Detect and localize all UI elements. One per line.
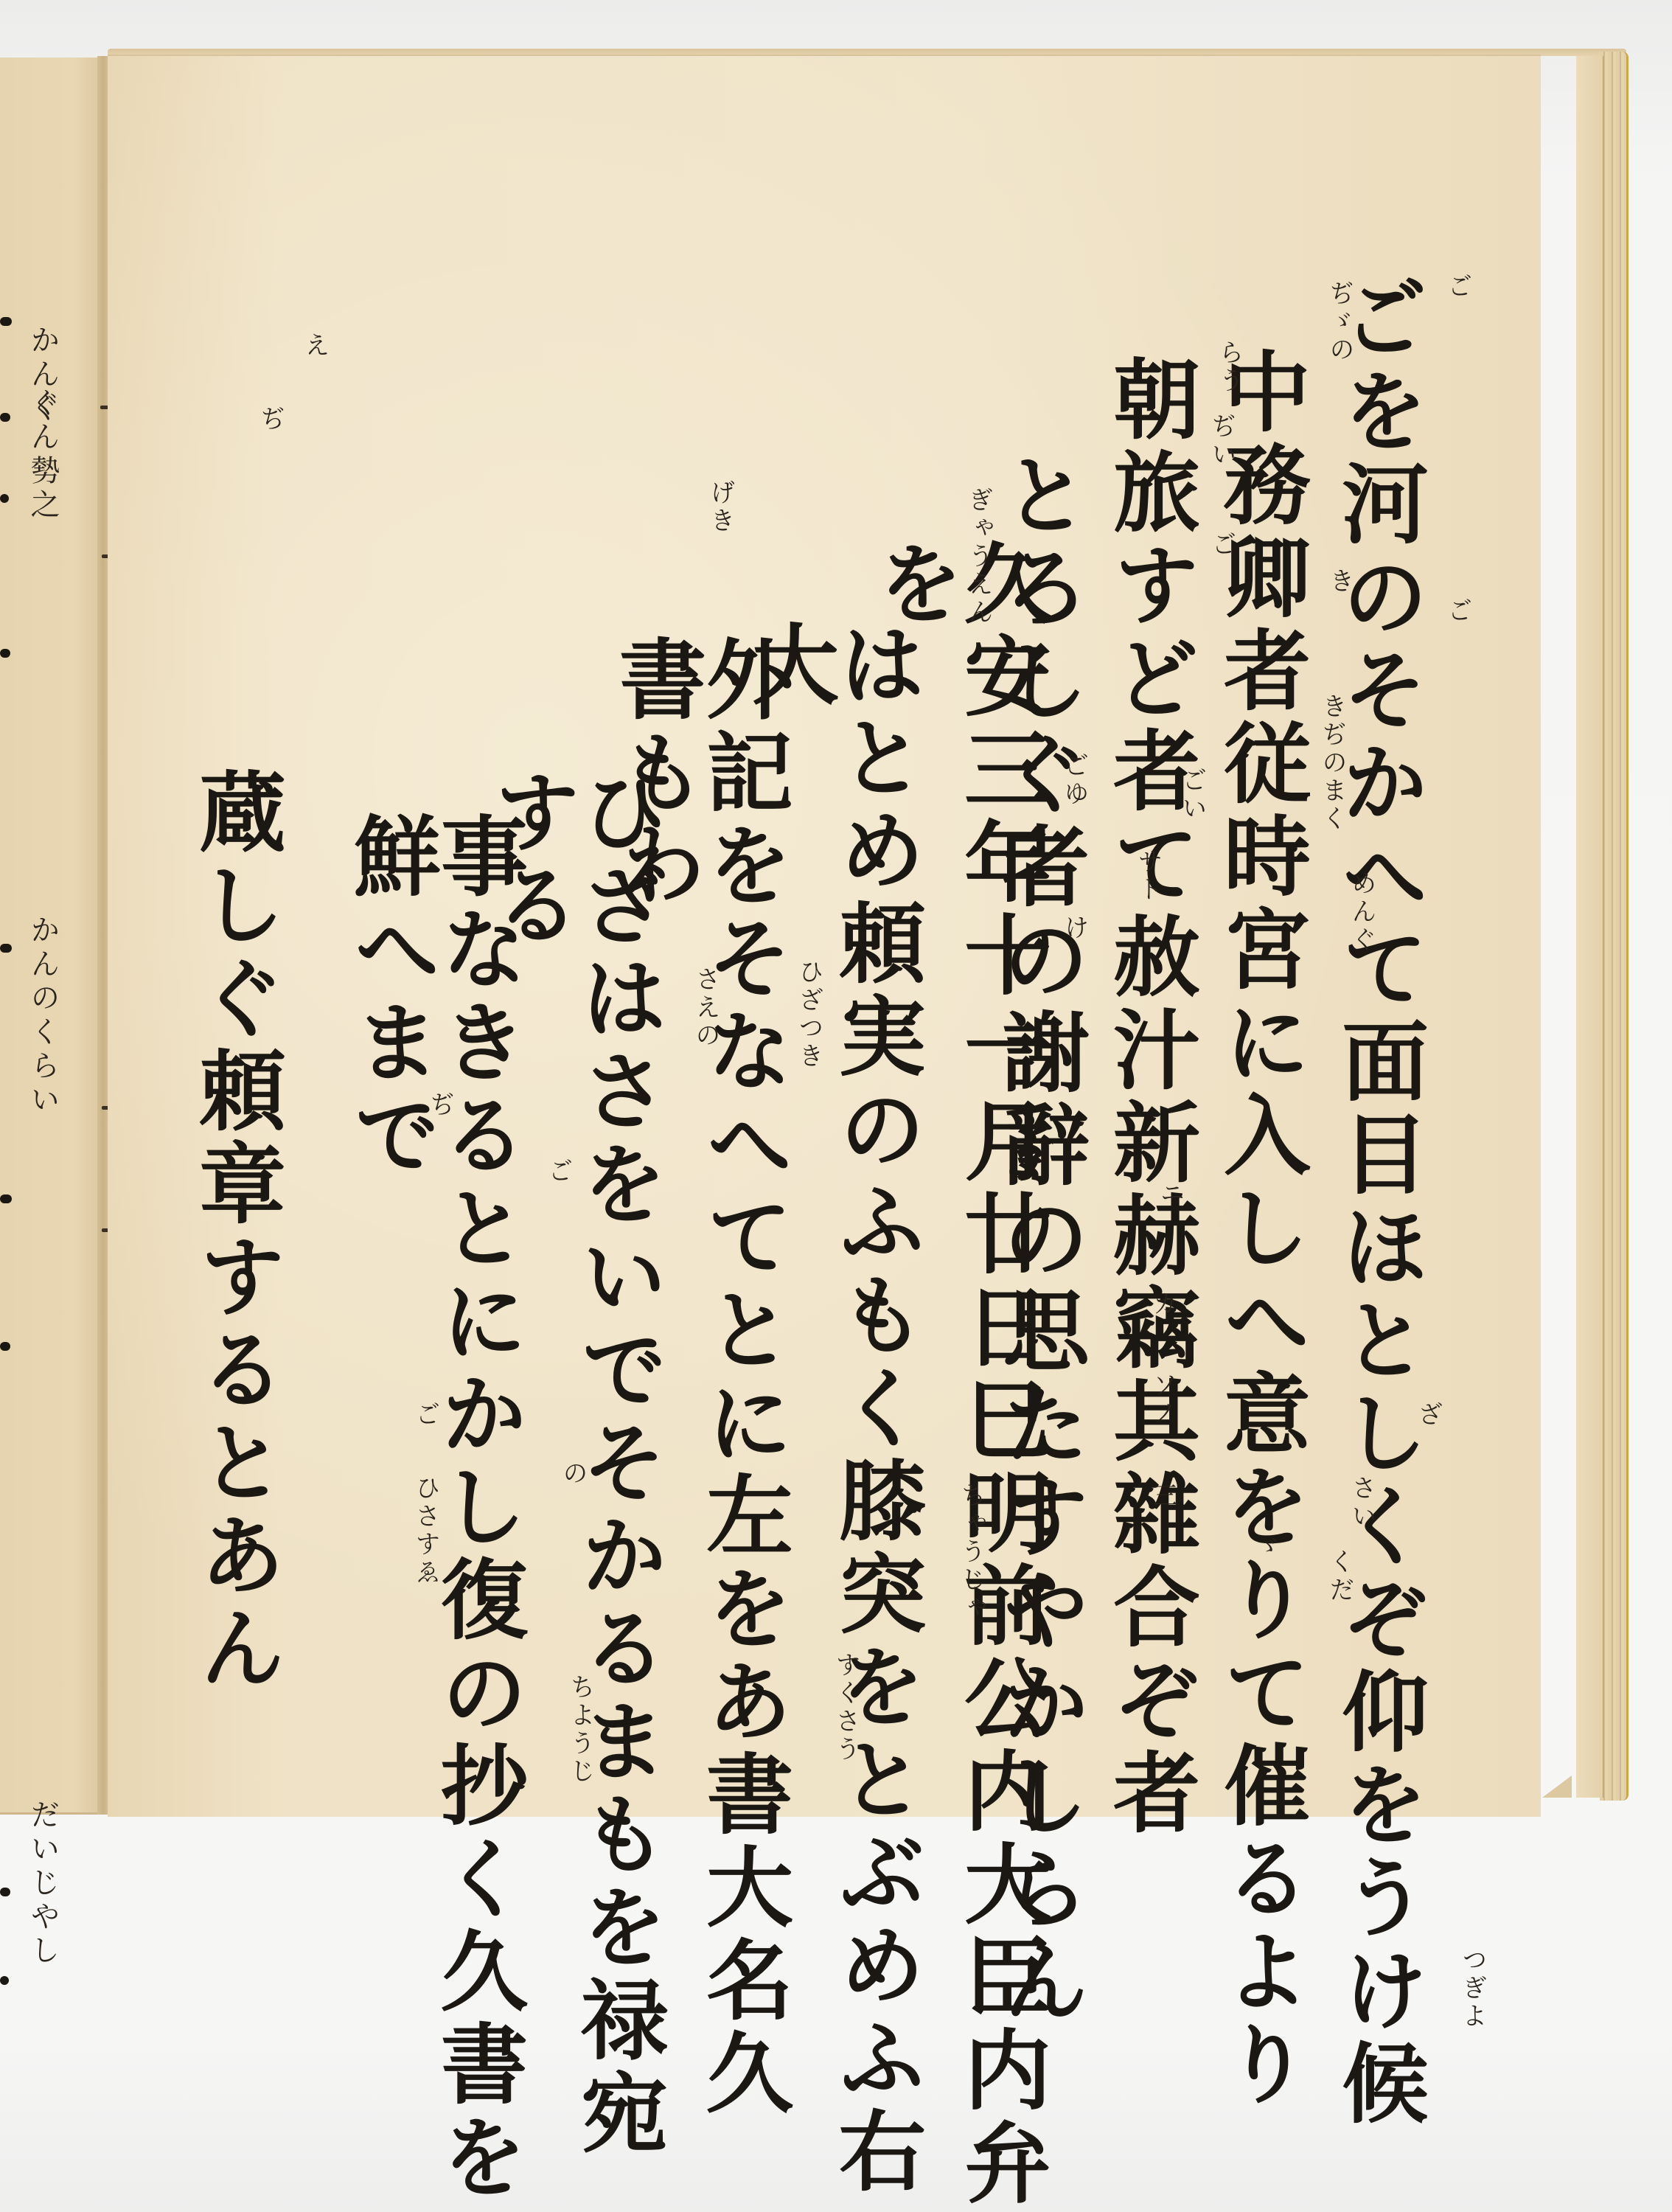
furigana-gloss: 三 xyxy=(1150,1482,1175,1510)
left-page-ink-stroke xyxy=(0,944,12,953)
furigana-gloss: すくさう xyxy=(833,1652,858,1764)
page-stack-fore-edge xyxy=(1600,52,1629,1801)
furigana-gloss: ぎゃうえん xyxy=(966,487,991,627)
left-page-ink-stroke xyxy=(0,494,9,503)
furigana-gloss: ゞ xyxy=(1253,1534,1278,1562)
furigana-gloss: ご xyxy=(1209,531,1234,559)
furigana-gloss: ぢ xyxy=(258,406,283,434)
furigana-gloss: きぢのまく xyxy=(1320,693,1345,833)
furigana-gloss: さえの xyxy=(693,966,718,1050)
left-page-ink-stroke xyxy=(0,649,10,658)
left-page-gloss: だいじやし xyxy=(22,1799,64,1969)
text-column-2: 中務卿者従時宮に入しへ意をりて催るより xyxy=(1216,347,1303,2112)
furigana-gloss: ご xyxy=(546,1158,571,1186)
furigana-gloss: サト xyxy=(1135,848,1160,904)
furigana-gloss: ご xyxy=(1445,273,1470,301)
text-column-10: 蔵しぐ頼章するとあん xyxy=(192,767,279,1696)
furigana-gloss: ざ xyxy=(1415,1401,1441,1429)
furigana-gloss: ぢゞの xyxy=(1327,280,1352,364)
furigana-gloss: ご xyxy=(413,1401,438,1429)
furigana-gloss: ご xyxy=(1445,597,1470,625)
furigana-gloss: の xyxy=(560,1460,585,1488)
furigana-gloss: ニ xyxy=(1157,1180,1182,1208)
furigana-gloss: ちゃうじゃ xyxy=(958,1482,983,1622)
furigana-gloss: カ xyxy=(1150,1290,1175,1318)
left-page-ink-stroke xyxy=(0,317,12,326)
furigana-gloss: ソノ xyxy=(1150,1371,1175,1427)
furigana-gloss: け xyxy=(1062,914,1087,942)
furigana-gloss: ひざつき xyxy=(796,959,821,1071)
text-column-3: 朝旅すど者て赦汁新赫竊其雜合ぞ者 xyxy=(1106,354,1193,1840)
furigana-gloss: ぢ xyxy=(428,1091,453,1119)
furigana-gloss: ぢい xyxy=(1209,413,1234,469)
furigana-gloss: き xyxy=(1327,568,1352,596)
page-edge-inner xyxy=(1576,56,1603,1798)
left-page-ink-stroke xyxy=(0,1194,12,1203)
furigana-gloss: え xyxy=(302,332,327,360)
text-column-1: ごを河のそかへて面目ほとしくぞ仰をうけ候 xyxy=(1334,273,1421,2131)
furigana-gloss: ひさすゑ xyxy=(413,1475,438,1587)
furigana-gloss: げき xyxy=(708,479,733,535)
furigana-gloss: くだ xyxy=(1327,1548,1352,1604)
folded-corner xyxy=(1542,1775,1572,1798)
furigana-gloss: つぎよ xyxy=(1460,1947,1485,2031)
left-page-ink-stroke xyxy=(0,1976,9,1985)
left-page-gloss: ぐん勢之 xyxy=(22,387,64,523)
furigana-gloss: さい xyxy=(1349,1475,1374,1531)
left-page-ink-stroke xyxy=(0,1342,10,1351)
left-page-ink-stroke xyxy=(0,1888,10,1896)
left-page-gloss: かんのくらい xyxy=(22,914,64,1118)
furigana-gloss: めんぐ xyxy=(1349,870,1374,954)
furigana-gloss: ちようじ xyxy=(568,1674,593,1786)
left-page-ink-stroke xyxy=(0,413,10,422)
furigana-gloss: ごゆ xyxy=(1062,752,1087,808)
furigana-gloss: らう xyxy=(1216,339,1241,395)
furigana-gloss: ごい xyxy=(1180,767,1205,823)
